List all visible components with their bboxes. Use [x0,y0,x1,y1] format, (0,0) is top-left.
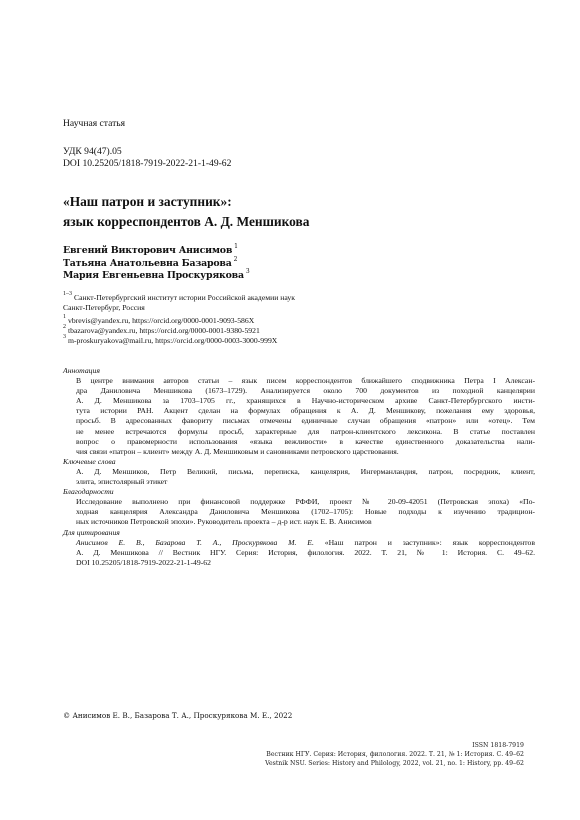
citation-text: Анисимов Е. В., Базарова Т. А., Проскуря… [63,538,535,568]
article-type: Научная статья [63,118,125,129]
abstract-text: В центре внимания авторов статьи – язык … [63,376,535,457]
citation-doi: DOI 10.25205/1818-7919-2022-21-1-49-62 [76,558,535,568]
journal-citation-en: Vestnik NSU. Series: History and Philolo… [265,759,524,768]
abstract-label: Аннотация [63,366,535,376]
acknowledgements-text: Исследование выполнено при финансовой по… [63,497,535,527]
article-title: «Наш патрон и заступник»: язык корреспон… [63,192,533,232]
title-line-1: «Наш патрон и заступник»: [63,192,533,212]
author: Татьяна Анатольевна Базарова2 [63,258,249,271]
title-line-2: язык корреспондентов А. Д. Меншикова [63,212,533,232]
contact-line: 1vbrevis@yandex.ru, https://orcid.org/00… [63,316,523,326]
contact-line: 3m-proskuryakova@mail.ru, https://orcid.… [63,336,523,346]
acknowledgements-label: Благодарности [63,487,535,497]
affiliation-block: 1–3Санкт-Петербургский институт истории … [63,293,523,346]
identifiers: УДК 94(47).05 DOI 10.25205/1818-7919-202… [63,146,231,170]
author-list: Евгений Викторович Анисимов1 Татьяна Ана… [63,245,249,283]
citation-line-1: Анисимов Е. В., Базарова Т. А., Проскуря… [76,538,535,548]
keywords-label: Ключевые слова [63,457,535,467]
citation-label: Для цитирования [63,528,535,538]
doi: DOI 10.25205/1818-7919-2022-21-1-49-62 [63,158,231,170]
issn: ISSN 1818-7919 [265,741,524,750]
affiliation-institution: 1–3Санкт-Петербургский институт истории … [63,293,523,303]
front-matter-sections: Аннотация В центре внимания авторов стат… [63,366,535,568]
journal-citation-ru: Вестник НГУ. Серия: История, филология. … [265,750,524,759]
affiliation-city: Санкт-Петербург, Россия [63,303,523,313]
udc-code: УДК 94(47).05 [63,146,231,158]
author: Мария Евгеньевна Проскурякова3 [63,270,249,283]
keywords-text: А. Д. Меншиков, Петр Великий, письма, пе… [63,467,535,487]
copyright-notice: © Анисимов Е. В., Базарова Т. А., Проску… [63,711,292,720]
journal-footer: ISSN 1818-7919 Вестник НГУ. Серия: Истор… [265,741,524,768]
author: Евгений Викторович Анисимов1 [63,245,249,258]
contact-line: 2tbazarova@yandex.ru, https://orcid.org/… [63,326,523,336]
